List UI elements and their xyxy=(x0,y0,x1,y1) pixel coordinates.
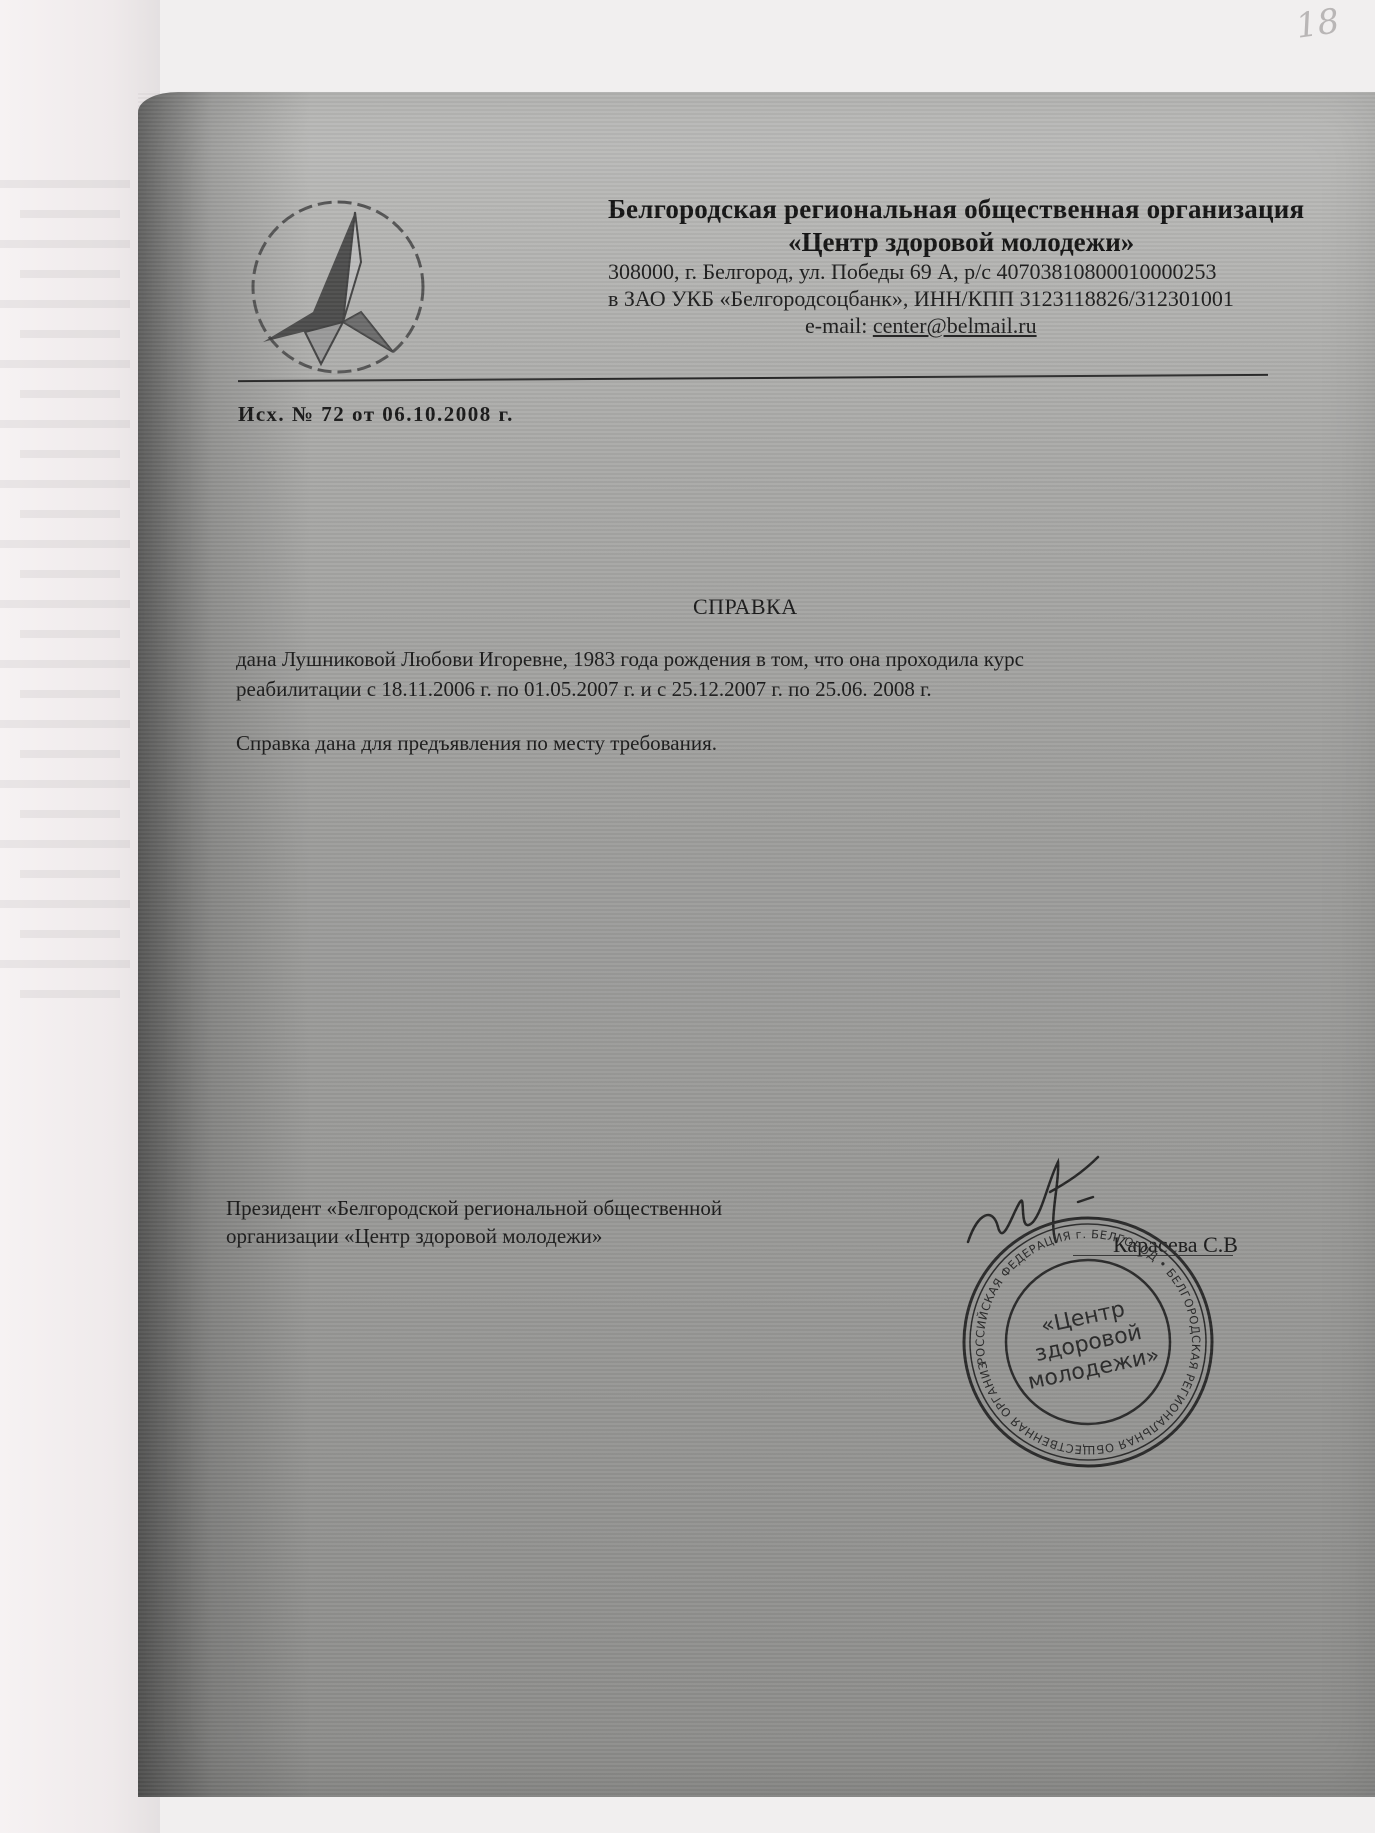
body-line: реабилитации с 18.11.2006 г. по 01.05.20… xyxy=(236,674,1316,704)
org-name-line1: Белгородская региональная общественная о… xyxy=(608,194,1263,225)
body-line: дана Лушниковой Любови Игоревне, 1983 го… xyxy=(236,644,1316,674)
outgoing-reference: Исх. № 72 от 06.10.2008 г. xyxy=(238,402,514,427)
round-stamp-icon: РОССИЙСКАЯ ФЕДЕРАЦИЯ г. БЕЛГОРОД • БЕЛГО… xyxy=(934,1188,1242,1496)
photocopy-sheet: Белгородская региональная общественная о… xyxy=(138,92,1375,1797)
address-line: 308000, г. Белгород, ул. Победы 69 А, р/… xyxy=(608,259,1263,285)
underlying-page xyxy=(0,0,160,1833)
signatory-position: Президент «Белгородской региональной общ… xyxy=(226,1194,722,1250)
handwritten-page-number: 18 xyxy=(1293,1,1341,47)
email-row: e-mail: center@belmail.ru xyxy=(805,313,1263,339)
underlying-page-faint-text xyxy=(0,180,150,1020)
bank-line: в ЗАО УКБ «Белгородсоцбанк», ИНН/КПП 312… xyxy=(608,286,1263,312)
document-title: СПРАВКА xyxy=(693,594,798,620)
purpose-line: Справка дана для предъявления по месту т… xyxy=(236,728,1316,758)
letterhead: Белгородская региональная общественная о… xyxy=(463,194,1263,339)
tri-blade-star-logo-icon xyxy=(243,192,433,382)
position-line2: организации «Центр здоровой молодежи» xyxy=(226,1222,722,1250)
email-link[interactable]: center@belmail.ru xyxy=(873,313,1037,338)
document-content: Белгородская региональная общественная о… xyxy=(138,92,1375,1797)
email-label: e-mail: xyxy=(805,313,867,338)
position-line1: Президент «Белгородской региональной общ… xyxy=(226,1194,722,1222)
org-name-line2: «Центр здоровой молодежи» xyxy=(788,227,1263,258)
document-body: дана Лушниковой Любови Игоревне, 1983 го… xyxy=(236,644,1316,758)
